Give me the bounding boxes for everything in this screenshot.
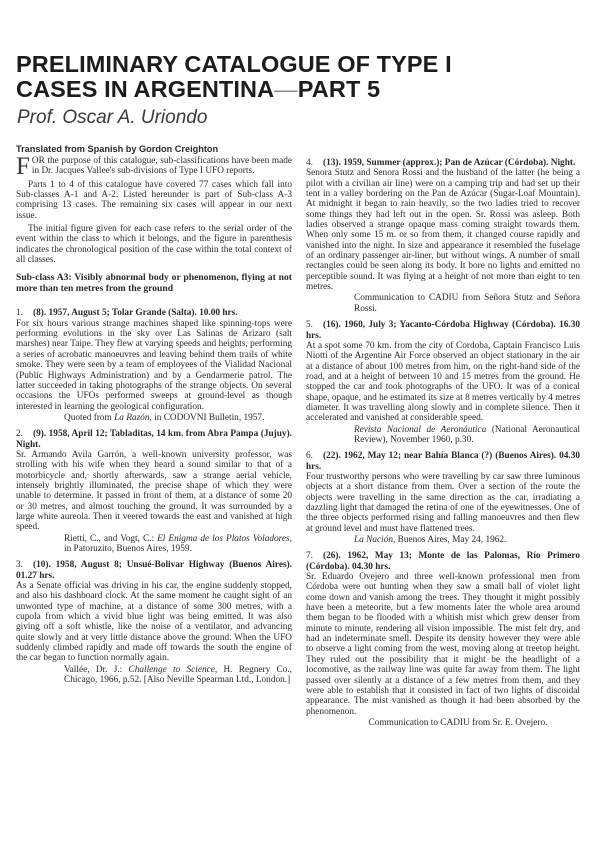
case-entry-7: 7.(26). 1962, May 13; Monte de las Palom… <box>306 551 580 717</box>
ref-text: Quoted from <box>64 413 114 423</box>
ref-source: El Enigma de los Platos Voladores <box>157 534 290 544</box>
article-title: PRELIMINARY CATALOGUE OF TYPE I CASES IN… <box>16 52 556 102</box>
case-reference: Rietti, C., and Vogt, C.: El Enigma de l… <box>16 534 292 555</box>
case-entry-1: 1.(8). 1957, August 5; Tolar Grande (Sal… <box>16 308 292 411</box>
ref-text: Communication to CADIU from Señora Stutz… <box>354 293 580 313</box>
case-reference: Vallée, Dr. J.: Challenge to Science, H.… <box>16 665 292 686</box>
case-number: 7. <box>306 551 313 561</box>
case-heading: 7.(26). 1962, May 13; Monte de las Palom… <box>306 551 580 572</box>
case-entry-5: 5.(16). 1960, July 3; Yacanto-Córdoba Hi… <box>306 320 580 423</box>
ref-source: La Nación <box>354 535 393 545</box>
drop-cap: F <box>16 157 30 176</box>
case-reference: Quoted from La Razón, in CODOVNI Bulleti… <box>16 413 292 423</box>
right-column: 4.(13). 1959, Summer (approx.); Pan de A… <box>306 158 580 728</box>
case-heading: 4.(13). 1959, Summer (approx.); Pan de A… <box>306 158 580 168</box>
case-title: (22). 1962, May 12; near Bahía Blanca (?… <box>306 451 580 471</box>
case-heading: 6.(22). 1962, May 12; near Bahía Blanca … <box>306 451 580 472</box>
ref-source: Revista Nacional de Aeronáutica <box>354 425 486 435</box>
intro-paragraph-1: FOR the purpose of this catalogue, sub-c… <box>16 156 292 177</box>
title-part-b: PART 5 <box>298 76 380 102</box>
case-reference: Communication to CADIU from Sr. E. Oveje… <box>306 718 580 728</box>
case-heading: 1.(8). 1957, August 5; Tolar Grande (Sal… <box>16 308 292 318</box>
case-number: 5. <box>306 320 313 330</box>
intro-paragraph-2: Parts 1 to 4 of this catalogue have cove… <box>16 180 292 221</box>
case-title: (8). 1957, August 5; Tolar Grande (Salta… <box>33 308 238 318</box>
case-body: Four trustworthy persons who were travel… <box>306 472 580 534</box>
case-body: Sr. Eduardo Ovejero and three well-known… <box>306 572 580 717</box>
case-number: 6. <box>306 451 313 461</box>
ref-source: La Razón <box>114 413 149 423</box>
ref-text: Rietti, C., and Vogt, C.: <box>64 534 157 544</box>
title-part-a: CASES IN ARGENTINA <box>16 76 274 102</box>
case-entry-3: 3.(10). 1958, August 8; Unsué-Bolivar Hi… <box>16 560 292 663</box>
case-title: (26). 1962, May 13; Monte de las Palomas… <box>306 551 580 571</box>
case-title: (9). 1958, April 12; Tabladitas, 14 km. … <box>16 429 292 449</box>
case-reference: Revista Nacional de Aeronáutica (Nationa… <box>306 425 580 446</box>
case-reference: Communication to CADIU from Señora Stutz… <box>306 293 580 314</box>
case-heading: 3.(10). 1958, August 8; Unsué-Bolivar Hi… <box>16 560 292 581</box>
case-body: For six hours various strange machines s… <box>16 319 292 412</box>
intro-paragraph-3: The initial figure given for each case r… <box>16 224 292 265</box>
case-entry-2: 2.(9). 1958, April 12; Tabladitas, 14 km… <box>16 429 292 532</box>
case-body: At a spot some 70 km. from the city of C… <box>306 341 580 424</box>
ref-source: Challenge to Science <box>129 665 215 675</box>
case-entry-6: 6.(22). 1962, May 12; near Bahía Blanca … <box>306 451 580 534</box>
case-number: 2. <box>16 429 23 439</box>
ref-text: , in CODOVNI Bulletin, 1957. <box>149 413 264 423</box>
case-body: Sr. Armando Avila Garrón, a well-known u… <box>16 450 292 533</box>
ref-text: Vallée, Dr. J.: <box>64 665 129 675</box>
left-column: Translated from Spanish by Gordon Creigh… <box>16 143 292 685</box>
author-byline: Prof. Oscar A. Uriondo <box>17 107 207 129</box>
case-number: 3. <box>16 560 23 570</box>
case-body: As a Senate official was driving in his … <box>16 581 292 664</box>
translator-credit: Translated from Spanish by Gordon Creigh… <box>16 143 292 155</box>
case-reference: La Nación, Buenos Aires, May 24, 1962. <box>306 535 580 545</box>
case-entry-4: 4.(13). 1959, Summer (approx.); Pan de A… <box>306 158 580 292</box>
intro-text-1: OR the purpose of this catalogue, sub-cl… <box>32 156 292 176</box>
title-line-1: PRELIMINARY CATALOGUE OF TYPE I <box>16 52 556 77</box>
ref-text: Communication to CADIU from Sr. E. Oveje… <box>369 718 548 728</box>
case-number: 4. <box>306 158 313 168</box>
ref-text: , Buenos Aires, May 24, 1962. <box>393 535 506 545</box>
subclass-heading: Sub-class A3: Visibly abnormal body or p… <box>16 272 292 294</box>
case-title: (16). 1960, July 3; Yacanto-Córdoba High… <box>306 320 580 340</box>
case-heading: 5.(16). 1960, July 3; Yacanto-Córdoba Hi… <box>306 320 580 341</box>
case-body: Senora Stutz and Senora Rossi and the hu… <box>306 168 580 292</box>
case-title: (10). 1958, August 8; Unsué-Bolivar High… <box>16 560 292 580</box>
case-number: 1. <box>16 308 23 318</box>
title-dash: — <box>274 76 298 102</box>
case-title: (13). 1959, Summer (approx.); Pan de Azú… <box>323 158 575 168</box>
title-line-2: CASES IN ARGENTINA—PART 5 <box>16 77 556 102</box>
case-heading: 2.(9). 1958, April 12; Tabladitas, 14 km… <box>16 429 292 450</box>
